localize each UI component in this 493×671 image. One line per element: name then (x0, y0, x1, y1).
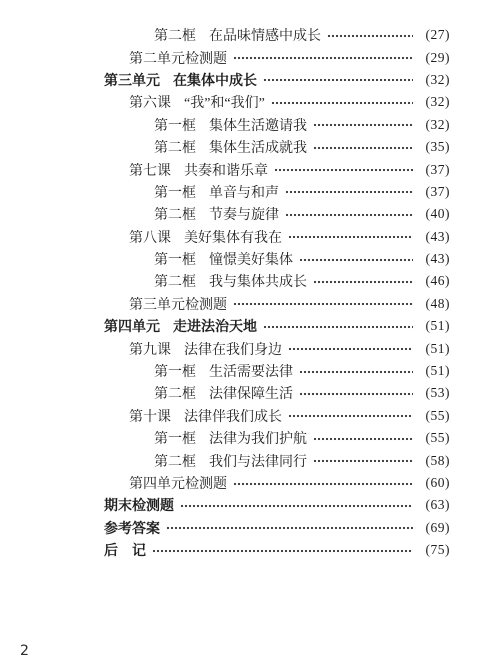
entry-title: 走进法治天地 (173, 316, 257, 336)
entry-title: 单音与和声 (209, 182, 279, 202)
entry-label: 第九课 (129, 339, 171, 359)
dot-leader (152, 546, 413, 556)
toc-entry: 参考答案 (69) (104, 517, 450, 539)
dot-leader (288, 232, 413, 242)
entry-label: 第二框 (154, 383, 196, 403)
dot-leader (263, 75, 413, 85)
toc-entry: 第二框 我与集体共成长 (46) (104, 270, 450, 292)
entry-label: 第二框 (154, 271, 196, 291)
dot-leader (233, 479, 413, 489)
entry-label: 第二框 (154, 137, 196, 157)
toc-entry: 第四单元检测题 (60) (104, 472, 450, 494)
entry-title: 在集体中成长 (173, 70, 257, 90)
entry-title: “我”和“我们” (184, 92, 265, 112)
toc-entry: 第二框 法律保障生活 (53) (104, 382, 450, 404)
toc-entry: 第二框 我们与法律同行 (58) (104, 449, 450, 471)
toc-entry: 第二框 在品味情感中成长 (27) (104, 24, 450, 46)
entry-page-number: (51) (420, 341, 450, 357)
dot-leader (233, 53, 413, 63)
dot-leader (299, 389, 413, 399)
entry-page-number: (55) (420, 430, 450, 446)
dot-leader (180, 501, 413, 511)
entry-title: 期末检测题 (104, 495, 174, 515)
entry-page-number: (43) (420, 251, 450, 267)
entry-page-number: (32) (420, 94, 450, 110)
entry-title: 在品味情感中成长 (209, 25, 321, 45)
toc-entry: 第七课 共奏和谐乐章 (37) (104, 158, 450, 180)
dot-leader (233, 299, 413, 309)
entry-title: 共奏和谐乐章 (184, 160, 268, 180)
entry-title: 集体生活邀请我 (209, 115, 307, 135)
entry-label: 第一框 (154, 428, 196, 448)
dot-leader (271, 98, 413, 108)
entry-title: 集体生活成就我 (209, 137, 307, 157)
dot-leader (285, 187, 413, 197)
toc-entry: 第一框 憧憬美好集体 (43) (104, 248, 450, 270)
dot-leader (313, 456, 413, 466)
dot-leader (299, 255, 413, 265)
dot-leader (313, 143, 413, 153)
toc-entry: 第四单元 走进法治天地 (51) (104, 315, 450, 337)
entry-label: 第一框 (154, 182, 196, 202)
entry-page-number: (55) (420, 408, 450, 424)
entry-page-number: (51) (420, 318, 450, 334)
entry-title: 我们与法律同行 (209, 451, 307, 471)
entry-label: 第十课 (129, 406, 171, 426)
toc-entry: 第一框 单音与和声 (37) (104, 181, 450, 203)
entry-label: 第六课 (129, 92, 171, 112)
entry-page-number: (60) (420, 475, 450, 491)
entry-title: 憧憬美好集体 (209, 249, 293, 269)
dot-leader (288, 344, 413, 354)
entry-title: 第三单元检测题 (129, 294, 227, 314)
entry-page-number: (35) (420, 139, 450, 155)
dot-leader (285, 210, 413, 220)
dot-leader (263, 322, 413, 332)
entry-label: 第七课 (129, 160, 171, 180)
entry-page-number: (48) (420, 296, 450, 312)
entry-page-number: (37) (420, 184, 450, 200)
entry-label: 第三单元 (104, 70, 160, 90)
entry-title: 第二单元检测题 (129, 48, 227, 68)
entry-page-number: (27) (420, 27, 450, 43)
toc-entry: 第六课 “我”和“我们” (32) (104, 91, 450, 113)
entry-page-number: (53) (420, 385, 450, 401)
entry-title: 法律伴我们成长 (184, 406, 282, 426)
entry-page-number: (32) (420, 72, 450, 88)
toc-entry: 第九课 法律在我们身边 (51) (104, 337, 450, 359)
toc-entry: 后 记 (75) (104, 539, 450, 561)
toc-entry: 第二框 节奏与旋律 (40) (104, 203, 450, 225)
entry-page-number: (51) (420, 363, 450, 379)
entry-label: 第一框 (154, 249, 196, 269)
dot-leader (166, 523, 413, 533)
dot-leader (313, 277, 413, 287)
entry-label: 第四单元 (104, 316, 160, 336)
entry-label: 第二框 (154, 25, 196, 45)
entry-page-number: (69) (420, 520, 450, 536)
toc-entry: 第十课 法律伴我们成长 (55) (104, 405, 450, 427)
entry-title: 节奏与旋律 (209, 204, 279, 224)
entry-title: 我与集体共成长 (209, 271, 307, 291)
toc-entry: 第二框 集体生活成就我 (35) (104, 136, 450, 158)
entry-page-number: (43) (420, 229, 450, 245)
toc-entry: 第八课 美好集体有我在 (43) (104, 226, 450, 248)
dot-leader (313, 120, 413, 130)
dot-leader (313, 434, 413, 444)
entry-page-number: (46) (420, 273, 450, 289)
entry-label: 第一框 (154, 115, 196, 135)
entry-page-number: (63) (420, 497, 450, 513)
entry-title: 后 记 (104, 540, 146, 560)
entry-label: 第二框 (154, 451, 196, 471)
entry-title: 美好集体有我在 (184, 227, 282, 247)
toc-entry: 第三单元检测题 (48) (104, 293, 450, 315)
entry-page-number: (58) (420, 453, 450, 469)
toc-entry: 第一框 集体生活邀请我 (32) (104, 114, 450, 136)
toc-entry: 第二单元检测题 (29) (104, 46, 450, 68)
table-of-contents: 第二框 在品味情感中成长 (27) 第二单元检测题 (29) 第三单元 在集体中… (104, 24, 450, 561)
entry-title: 法律为我们护航 (209, 428, 307, 448)
entry-title: 法律在我们身边 (184, 339, 282, 359)
entry-title: 参考答案 (104, 518, 160, 538)
dot-leader (327, 31, 413, 41)
entry-title: 生活需要法律 (209, 361, 293, 381)
entry-page-number: (29) (420, 50, 450, 66)
entry-label: 第二框 (154, 204, 196, 224)
toc-entry: 期末检测题 (63) (104, 494, 450, 516)
entry-page-number: (40) (420, 206, 450, 222)
entry-page-number: (75) (420, 542, 450, 558)
toc-entry: 第三单元 在集体中成长 (32) (104, 69, 450, 91)
folio-page-number: 2 (20, 643, 29, 659)
entry-title: 法律保障生活 (209, 383, 293, 403)
entry-label: 第八课 (129, 227, 171, 247)
toc-entry: 第一框 法律为我们护航 (55) (104, 427, 450, 449)
entry-page-number: (37) (420, 162, 450, 178)
dot-leader (299, 367, 413, 377)
toc-entry: 第一框 生活需要法律 (51) (104, 360, 450, 382)
entry-title: 第四单元检测题 (129, 473, 227, 493)
entry-label: 第一框 (154, 361, 196, 381)
dot-leader (274, 165, 413, 175)
dot-leader (288, 411, 413, 421)
entry-page-number: (32) (420, 117, 450, 133)
